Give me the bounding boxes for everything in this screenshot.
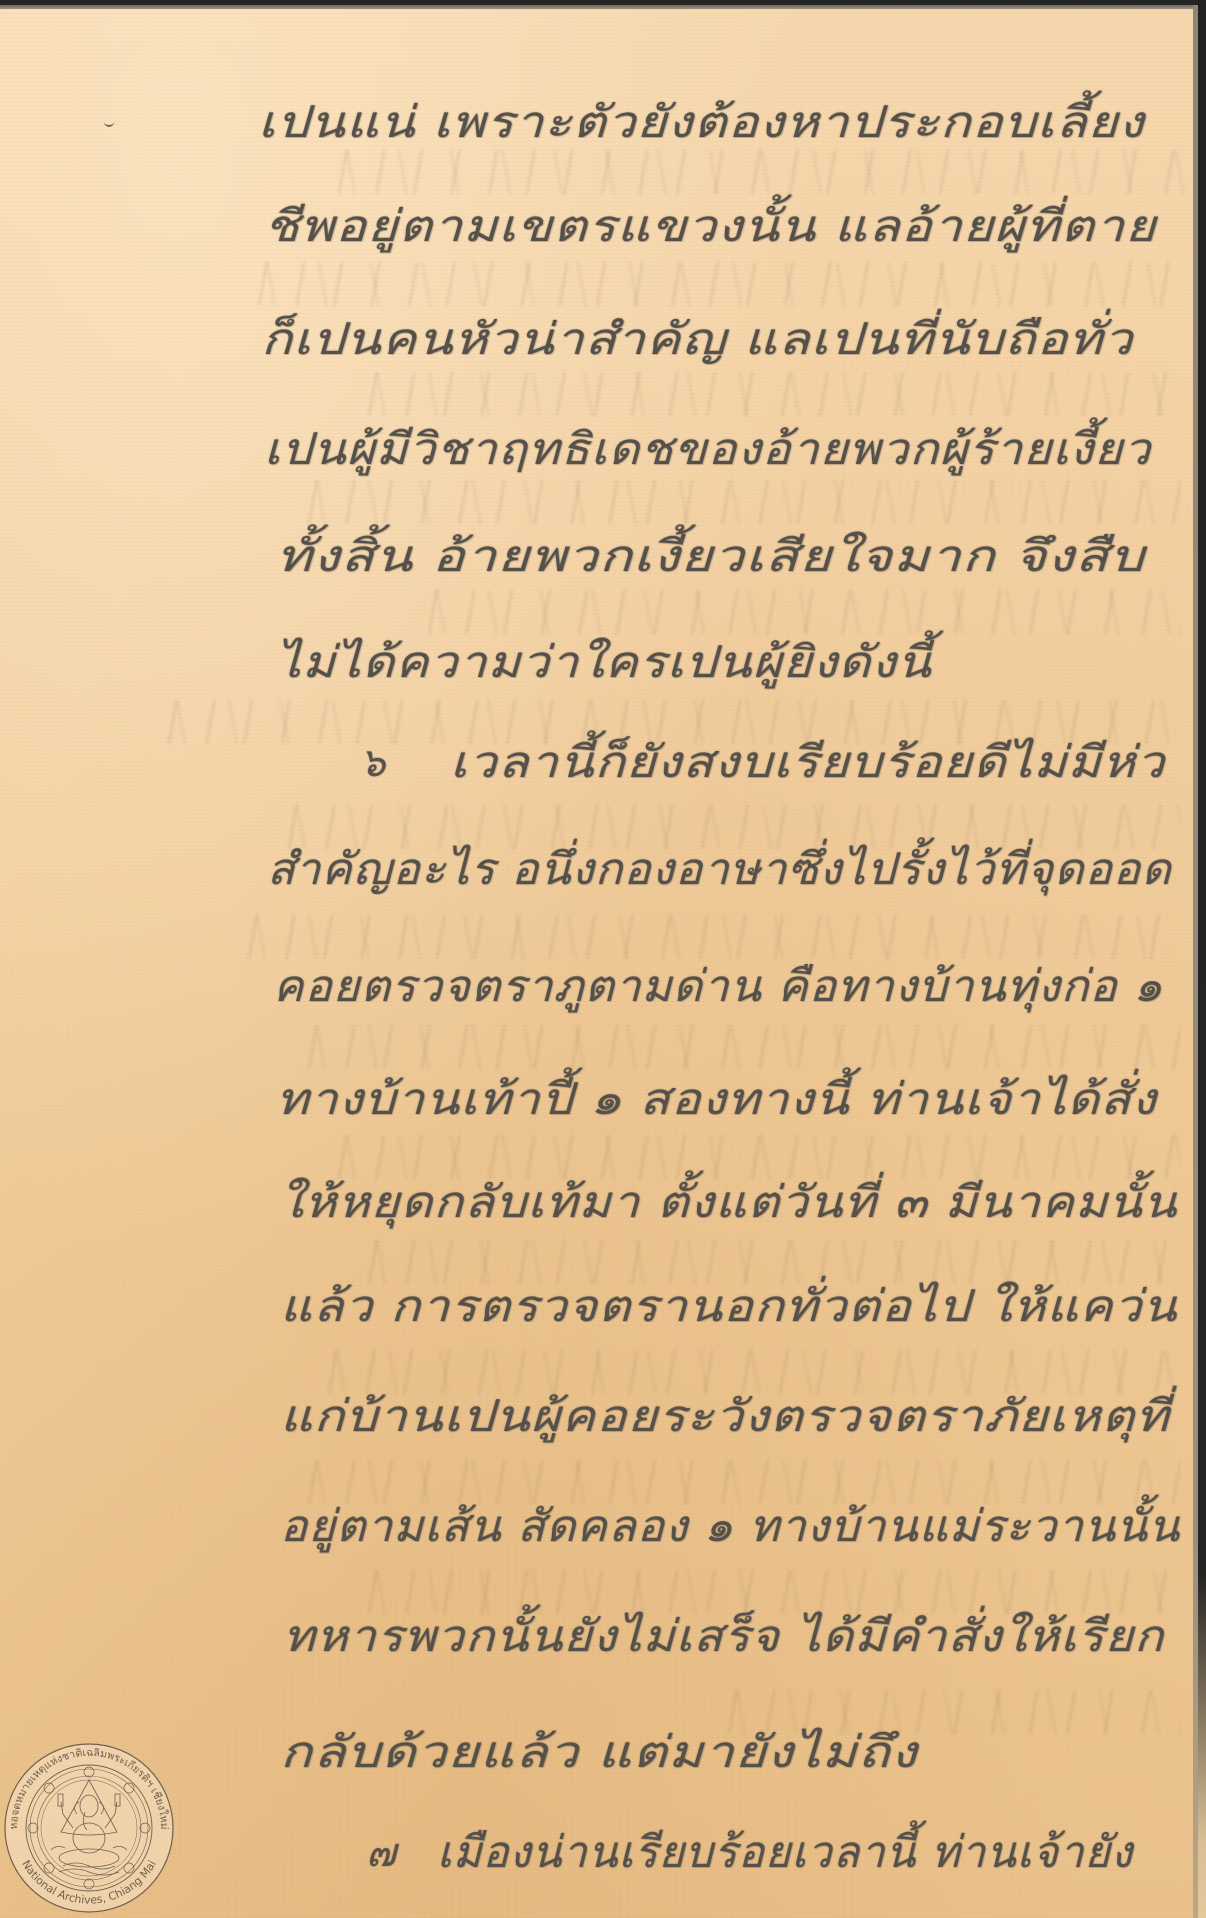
manuscript-line: เวลานี้ก็ยังสงบเรียบร้อยดีไม่มีห่ว: [450, 731, 1165, 795]
manuscript-line: แก่บ้านเปนผู้คอยระวังตรวจตราภัยเหตุที่: [280, 1385, 1170, 1449]
paragraph-number: ๗: [366, 1821, 396, 1885]
bleed-through-row: [300, 480, 1180, 524]
manuscript-line: คอยตรวจตราภูตามด่าน คือทางบ้านทุ่งก่อ ๑: [273, 955, 1163, 1019]
manuscript-line: ไม่ได้ความว่าใครเปนผู้ยิงดังนี้: [276, 631, 932, 695]
bleed-through-row: [420, 590, 1180, 634]
paragraph-number: ๖: [360, 731, 385, 795]
manuscript-line: อยู่ตามเส้น สัดคลอง ๑ ทางบ้านแม่ระวานนั้…: [280, 1495, 1180, 1559]
scan-background-right: [1198, 0, 1206, 1918]
manuscript-line: ทั้งสิ้น อ้ายพวกเงี้ยวเสียใจมาก จึงสืบ: [276, 525, 1145, 589]
bleed-through-row: [250, 262, 1180, 306]
bleed-through-row: [330, 150, 1190, 194]
manuscript-line: กลับด้วยแล้ว แต่มายังไม่ถึง: [280, 1721, 918, 1785]
manuscript-line: สำคัญอะไร อนึ่งกองอาษาซึ่งไปรั้งไว้ที่จุ…: [267, 838, 1172, 902]
bleed-through-row: [360, 372, 1180, 416]
manuscript-line: ทางบ้านเท้าปี้ ๑ สองทางนี้ ท่านเจ้าได้สั…: [276, 1068, 1157, 1132]
page-top-edge: [0, 5, 1196, 9]
manuscript-line: ทหารพวกนั้นยังไม่เสร็จ ได้มีคำสั่งให้เรี…: [283, 1605, 1164, 1669]
manuscript-line: ก็เปนคนหัวน่าสำคัญ แลเปนที่นับถือทั่ว: [261, 308, 1133, 372]
manuscript-line: เปนแน่ เพราะตัวยังต้องหาประกอบเลี้ยง: [258, 91, 1145, 155]
archive-seal-watermark: หอจดหมายเหตุแห่งชาติเฉลิมพระเกียรติฯ เชี…: [1, 1740, 177, 1916]
manuscript-line: เมืองน่านเรียบร้อยเวลานี้ ท่านเจ้ายัง: [437, 1821, 1133, 1885]
page-right-edge: [1193, 5, 1198, 1918]
bleed-through-row: [300, 1025, 1180, 1069]
manuscript-line: เปนผู้มีวิชาฤทธิเดชของอ้ายพวกผู้ร้ายเงี้…: [264, 418, 1151, 482]
bleed-through-row: [240, 915, 1180, 959]
manuscript-line: ชีพอยู่ตามเขตรแขวงนั้น แลอ้ายผู้ที่ตาย: [264, 195, 1156, 259]
manuscript-line: ให้หยุดกลับเท้มา ตั้งแต่วันที่ ๓ มีนาคมน…: [279, 1171, 1177, 1235]
manuscript-line: แล้ว การตรวจตรานอกทั่วต่อไป ให้แคว่น: [280, 1275, 1178, 1339]
